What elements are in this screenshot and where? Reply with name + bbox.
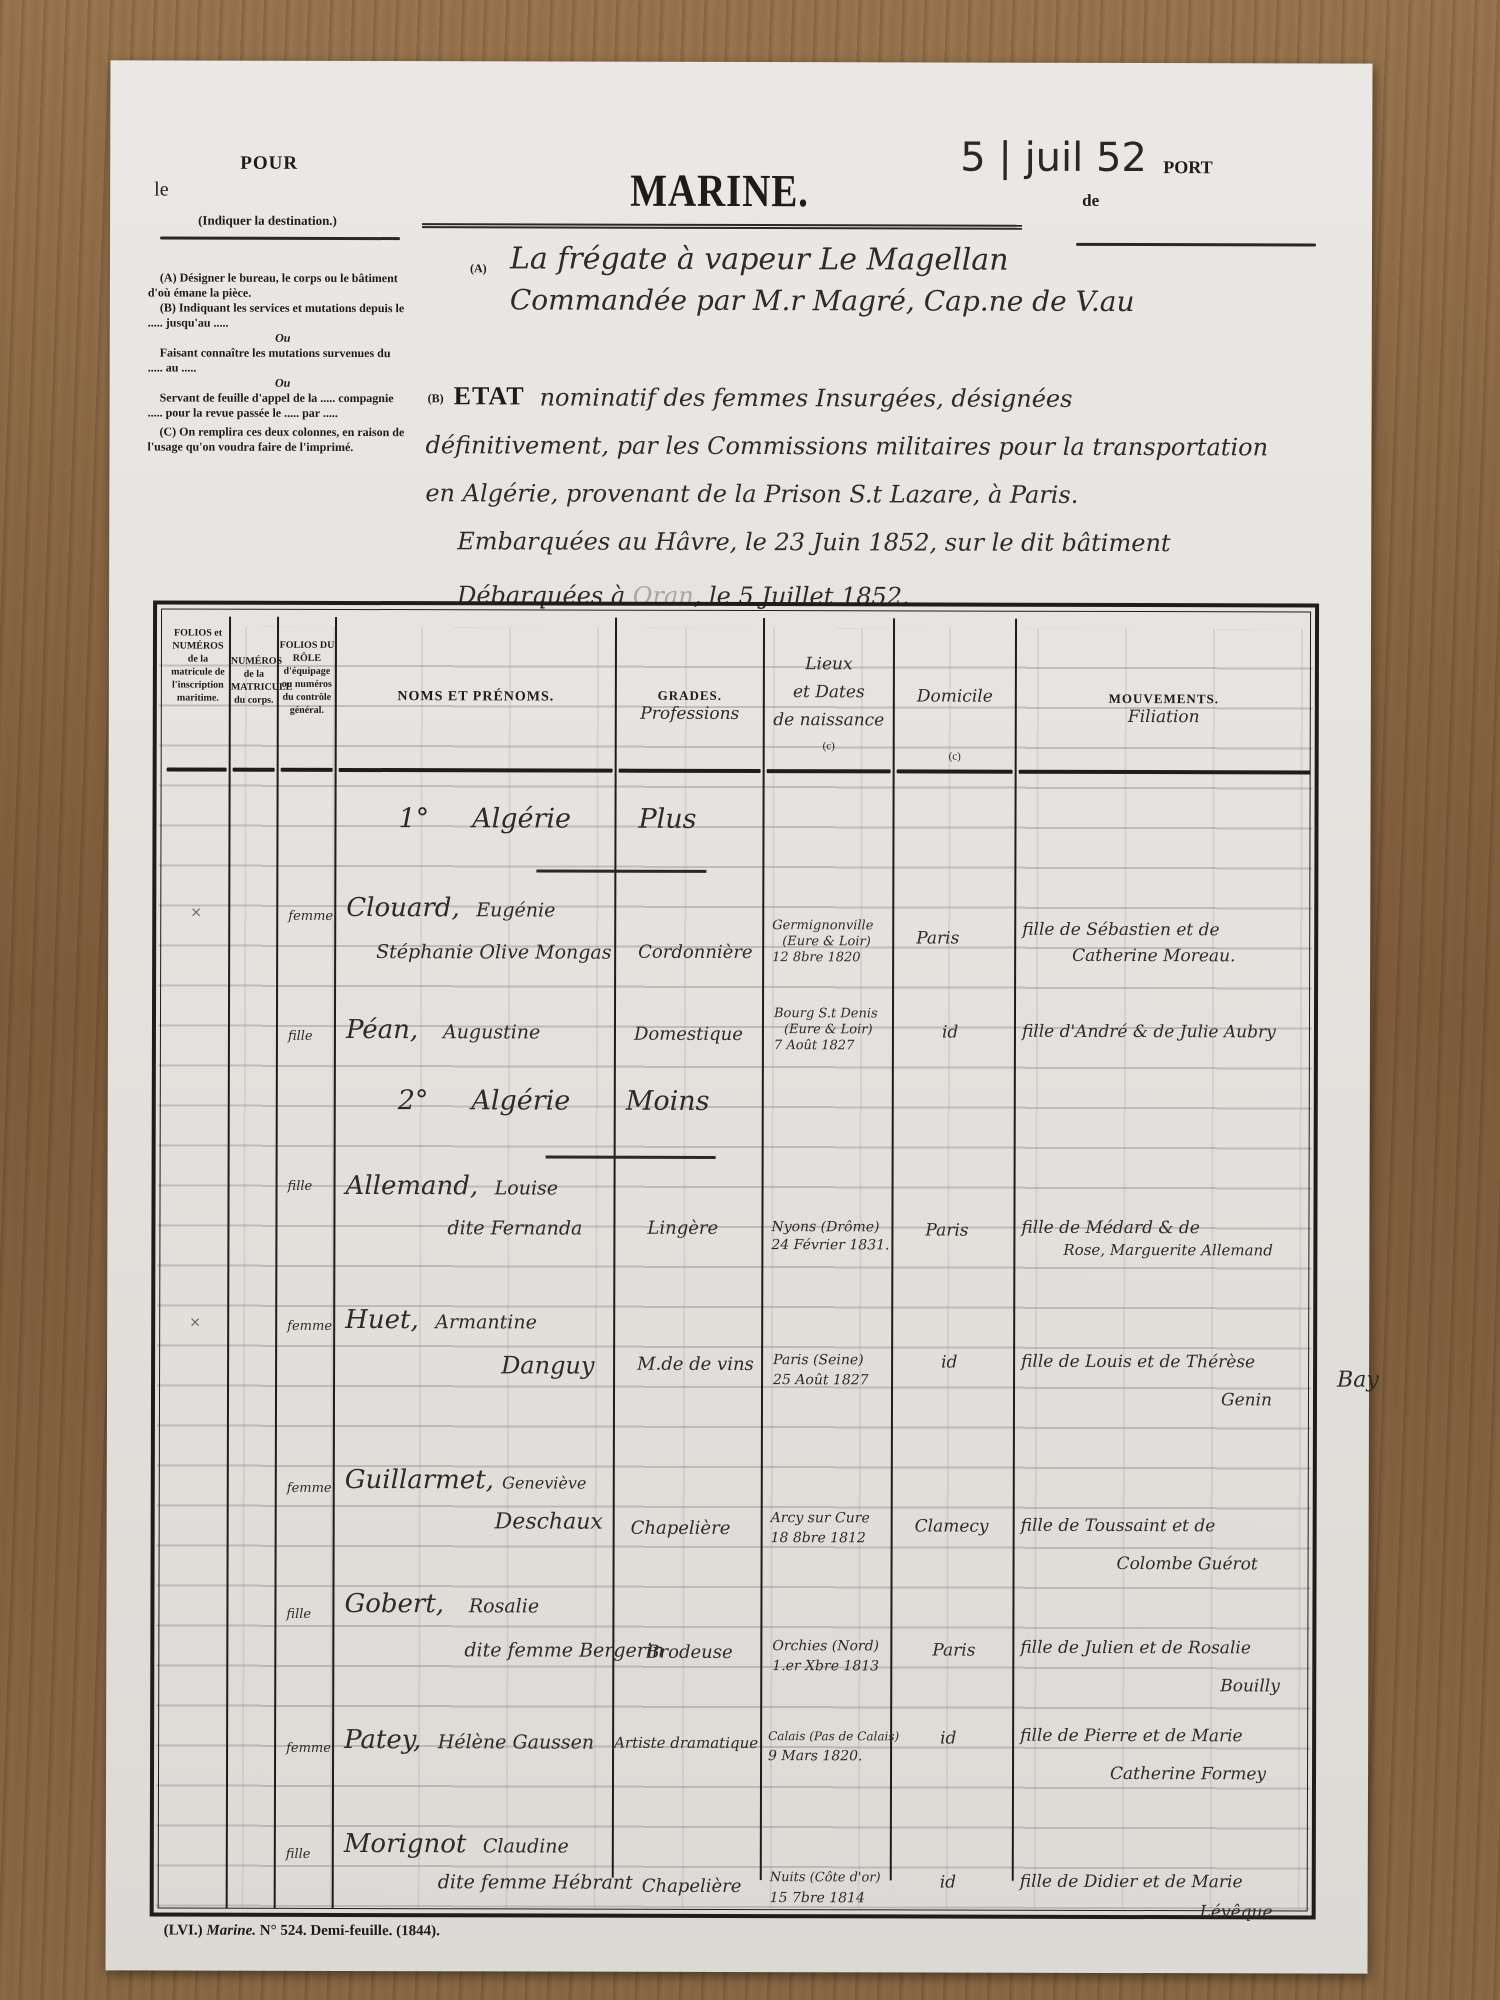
row-6-name: Gobert, Rosalie bbox=[344, 1589, 539, 1620]
port-label: PORT bbox=[1163, 157, 1212, 178]
title-double-rule bbox=[422, 223, 1022, 230]
section-2-place: Algérie bbox=[471, 1085, 570, 1116]
header-rule-1 bbox=[167, 768, 227, 772]
row-3-status: fille bbox=[288, 1179, 313, 1194]
etat-marker: (B) bbox=[428, 391, 444, 406]
destination-rule bbox=[160, 236, 400, 240]
row-6-birth-date: 1.er Xbre 1813 bbox=[772, 1656, 879, 1676]
row-5-given: Geneviève bbox=[502, 1473, 586, 1492]
row-2-name: Péan, Augustine bbox=[346, 1015, 540, 1046]
domicile-note: (c) bbox=[895, 750, 1015, 762]
naissance-label: de naissance bbox=[765, 706, 893, 734]
row-4-name: Huet, Armantine bbox=[345, 1305, 537, 1336]
row-4-filiation-1: fille de Louis et de Thérèse bbox=[1021, 1343, 1272, 1382]
row-2-birth: Bourg S.t Denis (Eure & Loir) 7 Août 182… bbox=[774, 1006, 878, 1054]
header-rule-6 bbox=[767, 769, 891, 773]
row-1-birth: Germignonville (Eure & Loir) 12 8bre 182… bbox=[772, 918, 873, 966]
row-5-domicile: Clamecy bbox=[915, 1516, 989, 1536]
le-label: le bbox=[154, 178, 168, 201]
row-7-surname: Patey bbox=[344, 1725, 413, 1755]
row-7-birth: Calais (Pas de Calais) 9 Mars 1820. bbox=[768, 1726, 899, 1766]
row-2-birth-place: Bourg S.t Denis bbox=[774, 1006, 878, 1022]
row-1-birth-place: Germignonville bbox=[772, 918, 873, 934]
row-3-filiation: fille de Médard & de Rose, Marguerite Al… bbox=[1021, 1209, 1273, 1270]
handwritten-date: 5 | juil 52 bbox=[960, 135, 1147, 181]
header-rule-8 bbox=[1019, 770, 1311, 775]
etat-line-4: Embarquées au Hâvre, le 23 Juin 1852, su… bbox=[457, 527, 1170, 557]
etat-line-2: définitivement, par les Commissions mili… bbox=[425, 431, 1268, 461]
row-8-name-cont: dite femme Hébrant bbox=[438, 1871, 633, 1894]
col-header-naissance: Lieux et Dates de naissance (c) bbox=[765, 650, 893, 752]
section-1-rule bbox=[536, 869, 706, 872]
row-8-birth-place: Nuits (Côte d'or) bbox=[770, 1868, 881, 1888]
header-rule-3 bbox=[281, 768, 333, 772]
row-1-status: femme bbox=[288, 909, 333, 924]
row-3-given: Louise bbox=[495, 1177, 558, 1199]
row-2-profession: Domestique bbox=[634, 1024, 743, 1045]
row-7-filiation-1: fille de Pierre et de Marie bbox=[1020, 1717, 1266, 1756]
row-5-profession: Chapelière bbox=[631, 1518, 731, 1539]
row-4-status: femme bbox=[287, 1319, 332, 1334]
row-1-birth-date: 12 8bre 1820 bbox=[772, 950, 873, 966]
note-ou-1: Ou bbox=[148, 330, 406, 346]
row-7-profession: Artiste dramatique bbox=[614, 1734, 758, 1752]
row-4-surname: Huet bbox=[345, 1305, 410, 1335]
header-rule-4 bbox=[339, 768, 613, 773]
row-4-filiation-2: Genin bbox=[1021, 1381, 1272, 1420]
row-7-domicile: id bbox=[940, 1729, 956, 1749]
row-7-filiation-2: Catherine Formey bbox=[1020, 1755, 1266, 1794]
row-2-birth-dept: (Eure & Loir) bbox=[774, 1022, 878, 1038]
destination-hint: (Indiquer la destination.) bbox=[198, 213, 337, 229]
row-7-filiation: fille de Pierre et de Marie Catherine Fo… bbox=[1020, 1717, 1266, 1794]
row-1-surname: Clouard bbox=[346, 893, 451, 923]
document-sheet: le POUR (Indiquer la destination.) MARIN… bbox=[106, 60, 1373, 1973]
dates-label: et Dates bbox=[765, 678, 893, 706]
row-1-domicile: Paris bbox=[916, 928, 959, 948]
section-1-class: Plus bbox=[638, 804, 696, 835]
row-5-birth-place: Arcy sur Cure bbox=[771, 1508, 870, 1528]
col-header-domicile: Domicile (c) bbox=[895, 682, 1015, 762]
row-3-birth-date: 24 Février 1831. bbox=[771, 1236, 889, 1254]
row-3-birth: Nyons (Drôme) 24 Février 1831. bbox=[771, 1218, 889, 1254]
row-5-filiation-1: fille de Toussaint et de bbox=[1021, 1507, 1258, 1546]
pour-label: POUR bbox=[240, 153, 298, 175]
note-b: (B) Indiquant les services et mutations … bbox=[148, 300, 406, 331]
row-6-profession: Brodeuse bbox=[646, 1642, 732, 1663]
etat-line-3: en Algérie, provenant de la Prison S.t L… bbox=[425, 479, 1078, 509]
note-a: (A) Désigner le bureau, le corps ou le b… bbox=[148, 270, 406, 301]
row-7-given: Hélène Gaussen bbox=[438, 1731, 594, 1753]
row-4-mark: × bbox=[189, 1315, 201, 1331]
row-6-status: fille bbox=[286, 1607, 311, 1622]
de-label: de bbox=[1082, 191, 1099, 211]
row-1-mark: × bbox=[190, 905, 202, 921]
row-2-given: Augustine bbox=[443, 1021, 540, 1043]
note-b2: Faisant connaître les mutations survenue… bbox=[148, 345, 406, 376]
col-header-grades: GRADES. Professions bbox=[617, 688, 763, 724]
naissance-note: (c) bbox=[765, 740, 893, 752]
etat-label: ETAT bbox=[454, 381, 525, 411]
footnotes-block: (A) Désigner le bureau, le corps ou le b… bbox=[147, 270, 405, 455]
page-title: MARINE. bbox=[630, 164, 809, 217]
col-header-mouvements: MOUVEMENTS. Filiation bbox=[1017, 691, 1311, 728]
note-c: (C) On remplira ces deux colonnes, en ra… bbox=[147, 424, 405, 455]
section-2-class: Moins bbox=[626, 1086, 710, 1117]
row-1-birth-dept: (Eure & Loir) bbox=[772, 934, 873, 950]
row-5-birth: Arcy sur Cure 18 8bre 1812 bbox=[771, 1508, 870, 1548]
note-b3: Servant de feuille d'appel de la ..... c… bbox=[148, 390, 406, 421]
row-1-name-cont: Stéphanie Olive Mongas bbox=[376, 941, 611, 964]
col-header-folios-role: FOLIOS DU RÔLE d'équipage ou numéros du … bbox=[279, 639, 335, 717]
header-rule-2 bbox=[233, 768, 275, 772]
row-6-name-cont: dite femme Bergerin bbox=[464, 1639, 664, 1662]
section-1-place: Algérie bbox=[472, 803, 571, 834]
row-1-name: Clouard, Eugénie bbox=[346, 893, 555, 924]
row-8-status: fille bbox=[286, 1847, 311, 1862]
row-8-filiation: fille de Didier et de Marie Lévêque bbox=[1020, 1863, 1273, 1932]
row-5-name-cont: Deschaux bbox=[495, 1509, 603, 1534]
row-4-birth-date: 25 Août 1827 bbox=[773, 1370, 869, 1390]
row-5-filiation: fille de Toussaint et de Colombe Guérot bbox=[1021, 1507, 1258, 1584]
row-8-given: Claudine bbox=[483, 1835, 569, 1857]
ship-marker: (A) bbox=[470, 261, 487, 276]
row-5-filiation-2: Colombe Guérot bbox=[1021, 1545, 1258, 1584]
row-8-profession: Chapelière bbox=[642, 1876, 742, 1897]
note-ou-2: Ou bbox=[148, 375, 406, 391]
row-8-birth-date: 15 7bre 1814 bbox=[770, 1888, 881, 1908]
port-rule bbox=[1076, 243, 1316, 247]
margin-annotation: Bay bbox=[1337, 1368, 1379, 1393]
row-4-filiation: fille de Louis et de Thérèse Genin bbox=[1021, 1343, 1272, 1420]
form-series: (LVI.) bbox=[164, 1922, 203, 1938]
row-6-surname: Gobert bbox=[344, 1589, 435, 1619]
row-8-domicile: id bbox=[940, 1873, 956, 1893]
row-2-domicile: id bbox=[942, 1023, 958, 1043]
ship-commander-line: Commandée par M.r Magré, Cap.ne de V.au bbox=[510, 283, 1135, 318]
domicile-label: Domicile bbox=[895, 682, 1015, 710]
row-1-profession: Cordonnière bbox=[638, 942, 752, 963]
row-7-birth-place: Calais (Pas de Calais) bbox=[768, 1726, 899, 1746]
mouvements-label: MOUVEMENTS. bbox=[1017, 691, 1311, 708]
lieux-label: Lieux bbox=[765, 650, 893, 678]
row-2-status: fille bbox=[288, 1029, 313, 1044]
filiation-label: Filiation bbox=[1017, 707, 1311, 728]
row-7-birth-date: 9 Mars 1820. bbox=[768, 1746, 899, 1766]
row-4-birth-place: Paris (Seine) bbox=[773, 1350, 869, 1370]
row-8-surname: Morignot bbox=[344, 1829, 467, 1859]
row-4-profession: M.de de vins bbox=[637, 1354, 754, 1375]
row-6-filiation-2: Bouilly bbox=[1020, 1667, 1280, 1706]
row-6-given: Rosalie bbox=[469, 1595, 539, 1617]
grades-label: GRADES. bbox=[617, 688, 763, 704]
row-6-filiation: fille de Julien et de Rosalie Bouilly bbox=[1020, 1629, 1280, 1706]
form-reference: (LVI.) Marine. N° 524. Demi-feuille. (18… bbox=[164, 1922, 440, 1940]
row-2-surname: Péan bbox=[346, 1015, 410, 1045]
section-1-heading: 1° Algérie bbox=[398, 803, 571, 834]
row-8-birth: Nuits (Côte d'or) 15 7bre 1814 bbox=[770, 1868, 881, 1908]
form-number: N° 524. Demi-feuille. (1844). bbox=[260, 1923, 440, 1939]
professions-label: Professions bbox=[617, 704, 763, 724]
col-header-numeros-matricule: NUMÉROS de la MATRICULE du corps. bbox=[231, 655, 277, 707]
row-3-birth-place: Nyons (Drôme) bbox=[771, 1218, 889, 1236]
row-6-domicile: Paris bbox=[932, 1641, 975, 1661]
row-5-birth-date: 18 8bre 1812 bbox=[771, 1528, 870, 1548]
etat-line-1: nominatif des femmes Insurgées, désignée… bbox=[540, 383, 1073, 412]
row-5-surname: Guillarmet bbox=[345, 1465, 486, 1495]
row-2-filiation: fille d'André & de Julie Aubry bbox=[1022, 1013, 1276, 1052]
row-8-name: Morignot Claudine bbox=[344, 1829, 569, 1860]
header-rule-5 bbox=[619, 769, 761, 773]
row-4-name-cont: Danguy bbox=[501, 1351, 594, 1379]
col-header-noms: NOMS ET PRÉNOMS. bbox=[337, 689, 615, 706]
col-header-folios-inscription: FOLIOS et NUMÉROS de la matricule de l'i… bbox=[167, 627, 229, 705]
row-1-given: Eugénie bbox=[476, 899, 555, 921]
row-3-name-cont: dite Fernanda bbox=[447, 1217, 582, 1239]
row-2-filiation-1: fille d'André & de Julie Aubry bbox=[1022, 1013, 1276, 1052]
row-3-domicile: Paris bbox=[925, 1220, 968, 1240]
section-2-rule bbox=[546, 1155, 716, 1158]
row-3-profession: Lingère bbox=[647, 1218, 718, 1239]
row-7-name: Patey, Hélène Gaussen bbox=[344, 1725, 594, 1756]
row-4-birth: Paris (Seine) 25 Août 1827 bbox=[773, 1350, 869, 1390]
section-2-num: 2° bbox=[398, 1085, 429, 1116]
row-4-given: Armantine bbox=[435, 1311, 537, 1333]
row-2-birth-date: 7 Août 1827 bbox=[774, 1038, 878, 1054]
row-6-birth: Orchies (Nord) 1.er Xbre 1813 bbox=[772, 1636, 879, 1676]
header-rule-7 bbox=[897, 769, 1013, 773]
form-department: Marine. bbox=[206, 1923, 256, 1939]
row-3-surname: Allemand bbox=[346, 1171, 470, 1201]
ship-name-line: La frégate à vapeur Le Magellan bbox=[510, 241, 1009, 277]
row-5-status: femme bbox=[287, 1481, 332, 1496]
row-7-status: femme bbox=[286, 1741, 331, 1756]
row-5-name: Guillarmet, Geneviève bbox=[345, 1465, 587, 1496]
row-6-filiation-1: fille de Julien et de Rosalie bbox=[1020, 1629, 1280, 1668]
row-4-domicile: id bbox=[941, 1353, 957, 1373]
row-6-birth-place: Orchies (Nord) bbox=[772, 1636, 879, 1656]
row-3-name: Allemand, Louise bbox=[346, 1171, 559, 1202]
section-2-heading: 2° Algérie bbox=[398, 1085, 571, 1116]
row-1-filiation: fille de Sébastien et de Catherine Morea… bbox=[1022, 911, 1235, 976]
section-1-num: 1° bbox=[398, 803, 429, 834]
